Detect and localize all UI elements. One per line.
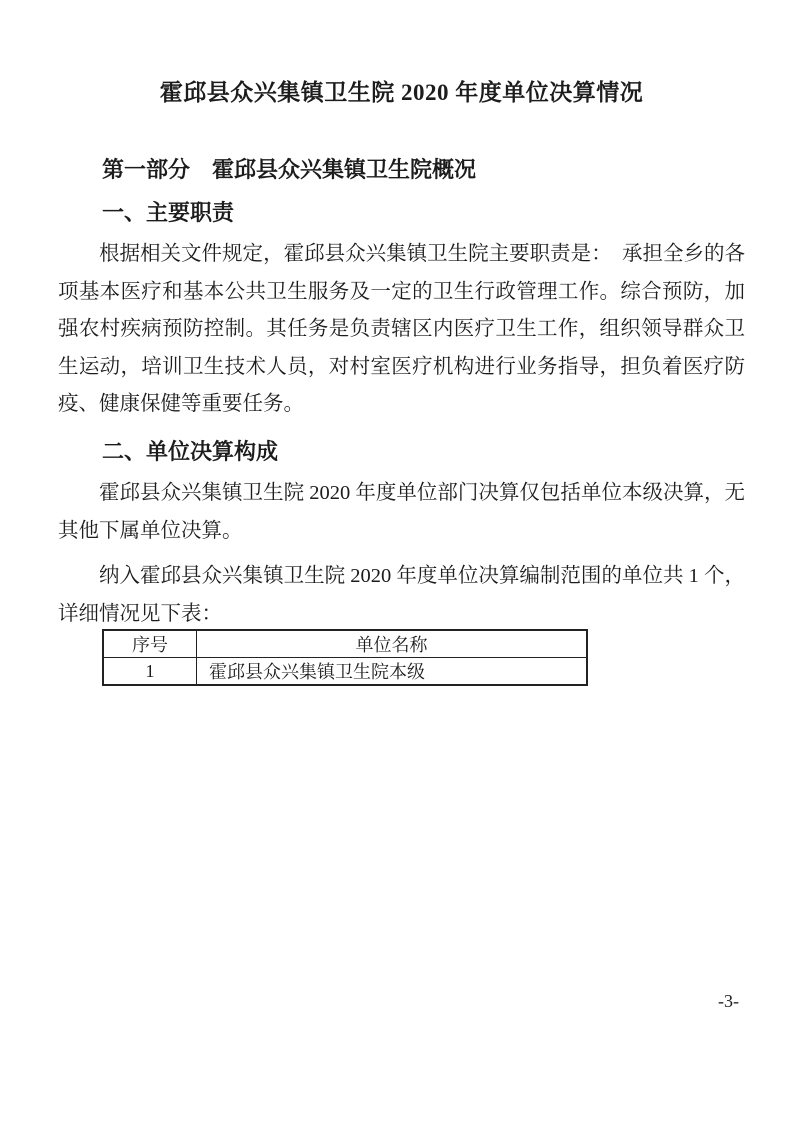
units-table-header-row: 序号 单位名称 xyxy=(103,630,587,658)
units-table-header-index: 序号 xyxy=(103,630,197,658)
section1-heading: 一、主要职责 xyxy=(58,197,745,228)
part1-heading: 第一部分 霍邱县众兴集镇卫生院概况 xyxy=(58,154,745,185)
units-table-row: 1 霍邱县众兴集镇卫生院本级 xyxy=(103,658,587,686)
units-table-cell-unit-name: 霍邱县众兴集镇卫生院本级 xyxy=(197,658,588,686)
page-number: -3- xyxy=(718,991,739,1012)
units-table: 序号 单位名称 1 霍邱县众兴集镇卫生院本级 xyxy=(102,629,588,686)
document-title: 霍邱县众兴集镇卫生院 2020 年度单位决算情况 xyxy=(58,76,745,109)
section1-paragraph: 根据相关文件规定，霍邱县众兴集镇卫生院主要职责是： 承担全乡的各项基本医疗和基本… xyxy=(58,236,745,424)
document-page: 霍邱县众兴集镇卫生院 2020 年度单位决算情况 第一部分 霍邱县众兴集镇卫生院… xyxy=(0,0,793,1122)
section2-paragraph-2: 纳入霍邱县众兴集镇卫生院 2020 年度单位决算编制范围的单位共 1 个，详细情… xyxy=(58,558,745,633)
section2-paragraph-1: 霍邱县众兴集镇卫生院 2020 年度单位部门决算仅包括单位本级决算，无其他下属单… xyxy=(58,475,745,550)
units-table-header-unit-name: 单位名称 xyxy=(197,630,588,658)
section2-heading: 二、单位决算构成 xyxy=(58,436,745,467)
units-table-cell-index: 1 xyxy=(103,658,197,686)
